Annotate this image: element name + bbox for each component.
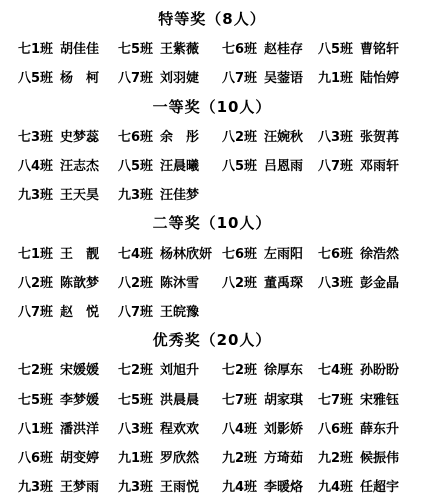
student-name: 赵桂存 xyxy=(264,38,303,57)
award-entry: 九1班陆怡婷 xyxy=(318,62,414,91)
student-name: 王紫薇 xyxy=(160,38,199,57)
student-name: 刘旭升 xyxy=(160,359,199,378)
class-label: 九3班 xyxy=(18,476,53,495)
class-label: 八7班 xyxy=(18,301,53,320)
class-label: 八7班 xyxy=(222,67,257,86)
award-entry: 八2班陈歆梦 xyxy=(18,267,118,296)
class-label: 八7班 xyxy=(318,155,353,174)
class-label: 七4班 xyxy=(118,243,153,262)
student-name: 王梦雨 xyxy=(60,476,99,495)
student-name: 董禹琛 xyxy=(264,272,303,291)
class-label: 七1班 xyxy=(18,243,53,262)
student-name: 宋雅钰 xyxy=(360,389,399,408)
class-label: 九3班 xyxy=(18,184,53,203)
award-entry: 八6班薛东升 xyxy=(318,413,414,442)
class-label: 七2班 xyxy=(18,359,53,378)
award-entry: 八5班汪晨曦 xyxy=(118,150,222,179)
class-label: 八4班 xyxy=(18,155,53,174)
student-name: 张贺苒 xyxy=(360,126,399,145)
class-label: 八2班 xyxy=(18,272,53,291)
award-entry: 八3班张贺苒 xyxy=(318,121,414,150)
class-label: 八2班 xyxy=(222,126,257,145)
award-entry: 七1班王 靓 xyxy=(18,238,118,267)
class-label: 八3班 xyxy=(118,418,153,437)
award-entry: 七6班左雨阳 xyxy=(222,238,318,267)
student-name: 宋媛媛 xyxy=(60,359,99,378)
section-title: 特等奖（8人） xyxy=(10,4,414,33)
class-label: 八3班 xyxy=(318,272,353,291)
student-name: 刘羽婕 xyxy=(160,67,199,86)
award-entry: 九3班王梦雨 xyxy=(18,471,118,499)
student-name: 余 彤 xyxy=(160,126,199,145)
student-name: 陈沐雪 xyxy=(160,272,199,291)
student-name: 洪晨晨 xyxy=(160,389,199,408)
award-entry: 七2班宋媛媛 xyxy=(18,354,118,383)
class-label: 九4班 xyxy=(222,476,257,495)
award-entry: 八5班杨 柯 xyxy=(18,62,118,91)
class-label: 七3班 xyxy=(18,126,53,145)
class-label: 八7班 xyxy=(118,67,153,86)
award-entry: 九3班王天昊 xyxy=(18,179,118,208)
student-name: 曹铭轩 xyxy=(360,38,399,57)
student-name: 彭金晶 xyxy=(360,272,399,291)
class-label: 八7班 xyxy=(118,301,153,320)
award-entry: 八7班刘羽婕 xyxy=(118,62,222,91)
entries-grid: 七1班王 靓七4班杨林欣妍七6班左雨阳七6班徐浩然八2班陈歆梦八2班陈沐雪八2班… xyxy=(18,238,414,326)
class-label: 九3班 xyxy=(118,184,153,203)
award-entry: 八6班胡变婷 xyxy=(18,442,118,471)
award-entry: 九4班任超宇 xyxy=(318,471,414,499)
award-entry: 九2班方琦茹 xyxy=(222,442,318,471)
award-entry: 七1班胡佳佳 xyxy=(18,33,118,62)
student-name: 史梦蕊 xyxy=(60,126,99,145)
award-entry: 九3班王雨悦 xyxy=(118,471,222,499)
student-name: 赵 悦 xyxy=(60,301,99,320)
student-name: 汪晨曦 xyxy=(160,155,199,174)
student-name: 邓雨轩 xyxy=(360,155,399,174)
award-list-document: 特等奖（8人） 七1班胡佳佳七5班王紫薇七6班赵桂存八5班曹铭轩八5班杨 柯八7… xyxy=(0,0,424,499)
award-entry: 八7班赵 悦 xyxy=(18,296,118,325)
award-entry: 八4班刘影娇 xyxy=(222,413,318,442)
class-label: 七6班 xyxy=(222,243,257,262)
student-name: 任超宇 xyxy=(360,476,399,495)
award-section-merit: 优秀奖（20人） 七2班宋媛媛七2班刘旭升七2班徐厚东七4班孙盼盼七5班李梦媛七… xyxy=(18,325,414,499)
student-name: 王 靓 xyxy=(60,243,99,262)
award-entry: 七2班徐厚东 xyxy=(222,354,318,383)
award-entry: 八2班陈沐雪 xyxy=(118,267,222,296)
class-label: 八5班 xyxy=(222,155,257,174)
student-name: 潘洪洋 xyxy=(60,418,99,437)
student-name: 王皖豫 xyxy=(160,301,199,320)
student-name: 刘影娇 xyxy=(264,418,303,437)
student-name: 李梦媛 xyxy=(60,389,99,408)
class-label: 八2班 xyxy=(222,272,257,291)
class-label: 八4班 xyxy=(222,418,257,437)
award-entry: 九4班李暖烙 xyxy=(222,471,318,499)
award-entry: 七6班徐浩然 xyxy=(318,238,414,267)
class-label: 九3班 xyxy=(118,476,153,495)
award-entry: 九3班汪佳梦 xyxy=(118,179,222,208)
award-entry: 八5班曹铭轩 xyxy=(318,33,414,62)
student-name: 陈歆梦 xyxy=(60,272,99,291)
student-name: 王雨悦 xyxy=(160,476,199,495)
award-entry: 八2班汪婉秋 xyxy=(222,121,318,150)
award-entry: 八1班潘洪洋 xyxy=(18,413,118,442)
class-label: 九1班 xyxy=(118,447,153,466)
student-name: 孙盼盼 xyxy=(360,359,399,378)
class-label: 九1班 xyxy=(318,67,353,86)
student-name: 杨林欣妍 xyxy=(160,243,212,262)
student-name: 胡变婷 xyxy=(60,447,99,466)
student-name: 吴蓥语 xyxy=(264,67,303,86)
class-label: 七5班 xyxy=(118,389,153,408)
class-label: 九2班 xyxy=(318,447,353,466)
student-name: 汪志杰 xyxy=(60,155,99,174)
award-entry: 七6班余 彤 xyxy=(118,121,222,150)
award-section-special: 特等奖（8人） 七1班胡佳佳七5班王紫薇七6班赵桂存八5班曹铭轩八5班杨 柯八7… xyxy=(18,4,414,92)
award-entry: 八7班邓雨轩 xyxy=(318,150,414,179)
award-entry: 八3班程欢欢 xyxy=(118,413,222,442)
student-name: 杨 柯 xyxy=(60,67,99,86)
award-entry: 八2班董禹琛 xyxy=(222,267,318,296)
entries-grid: 七3班史梦蕊七6班余 彤八2班汪婉秋八3班张贺苒八4班汪志杰八5班汪晨曦八5班吕… xyxy=(18,121,414,209)
award-entry: 九1班罗欣然 xyxy=(118,442,222,471)
section-title: 二等奖（10人） xyxy=(10,208,414,237)
student-name: 薛东升 xyxy=(360,418,399,437)
award-section-first: 一等奖（10人） 七3班史梦蕊七6班余 彤八2班汪婉秋八3班张贺苒八4班汪志杰八… xyxy=(18,92,414,209)
entries-grid: 七1班胡佳佳七5班王紫薇七6班赵桂存八5班曹铭轩八5班杨 柯八7班刘羽婕八7班吴… xyxy=(18,33,414,91)
award-entry: 七5班王紫薇 xyxy=(118,33,222,62)
student-name: 方琦茹 xyxy=(264,447,303,466)
award-entry: 八7班王皖豫 xyxy=(118,296,222,325)
class-label: 七2班 xyxy=(118,359,153,378)
student-name: 王天昊 xyxy=(60,184,99,203)
class-label: 七5班 xyxy=(18,389,53,408)
award-entry: 七5班洪晨晨 xyxy=(118,383,222,412)
award-entry: 七2班刘旭升 xyxy=(118,354,222,383)
class-label: 七6班 xyxy=(118,126,153,145)
award-entry: 八4班汪志杰 xyxy=(18,150,118,179)
student-name: 徐厚东 xyxy=(264,359,303,378)
student-name: 李暖烙 xyxy=(264,476,303,495)
class-label: 七2班 xyxy=(222,359,257,378)
class-label: 七5班 xyxy=(118,38,153,57)
student-name: 汪婉秋 xyxy=(264,126,303,145)
class-label: 八1班 xyxy=(18,418,53,437)
class-label: 九4班 xyxy=(318,476,353,495)
award-entry: 七5班李梦媛 xyxy=(18,383,118,412)
class-label: 八6班 xyxy=(318,418,353,437)
award-entry: 七4班杨林欣妍 xyxy=(118,238,222,267)
class-label: 八3班 xyxy=(318,126,353,145)
student-name: 胡佳佳 xyxy=(60,38,99,57)
student-name: 左雨阳 xyxy=(264,243,303,262)
class-label: 八5班 xyxy=(318,38,353,57)
class-label: 七7班 xyxy=(222,389,257,408)
student-name: 胡家琪 xyxy=(264,389,303,408)
class-label: 八2班 xyxy=(118,272,153,291)
student-name: 徐浩然 xyxy=(360,243,399,262)
section-title: 优秀奖（20人） xyxy=(10,325,414,354)
class-label: 八5班 xyxy=(118,155,153,174)
award-entry: 七4班孙盼盼 xyxy=(318,354,414,383)
class-label: 七7班 xyxy=(318,389,353,408)
student-name: 吕恩雨 xyxy=(264,155,303,174)
award-section-second: 二等奖（10人） 七1班王 靓七4班杨林欣妍七6班左雨阳七6班徐浩然八2班陈歆梦… xyxy=(18,208,414,325)
award-entry: 七7班宋雅钰 xyxy=(318,383,414,412)
award-entry: 七6班赵桂存 xyxy=(222,33,318,62)
student-name: 候振伟 xyxy=(360,447,399,466)
award-entry: 九2班候振伟 xyxy=(318,442,414,471)
class-label: 七4班 xyxy=(318,359,353,378)
award-entry: 八7班吴蓥语 xyxy=(222,62,318,91)
student-name: 程欢欢 xyxy=(160,418,199,437)
award-entry: 七7班胡家琪 xyxy=(222,383,318,412)
class-label: 八5班 xyxy=(18,67,53,86)
class-label: 七1班 xyxy=(18,38,53,57)
class-label: 八6班 xyxy=(18,447,53,466)
class-label: 九2班 xyxy=(222,447,257,466)
entries-grid: 七2班宋媛媛七2班刘旭升七2班徐厚东七4班孙盼盼七5班李梦媛七5班洪晨晨七7班胡… xyxy=(18,354,414,499)
student-name: 陆怡婷 xyxy=(360,67,399,86)
student-name: 罗欣然 xyxy=(160,447,199,466)
class-label: 七6班 xyxy=(318,243,353,262)
section-title: 一等奖（10人） xyxy=(10,92,414,121)
award-entry: 八5班吕恩雨 xyxy=(222,150,318,179)
student-name: 汪佳梦 xyxy=(160,184,199,203)
award-entry: 八3班彭金晶 xyxy=(318,267,414,296)
award-entry: 七3班史梦蕊 xyxy=(18,121,118,150)
class-label: 七6班 xyxy=(222,38,257,57)
